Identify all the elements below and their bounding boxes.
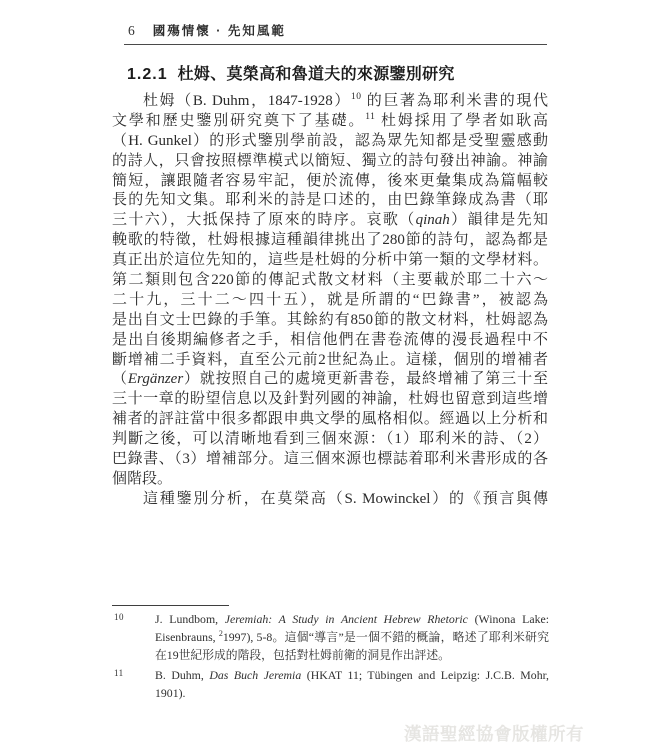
italic-title: Das Buch Jeremia xyxy=(209,668,301,682)
text-segment: （H. Gunkel）的形式鑒別學前設，認為眾先知都是受聖靈感動 xyxy=(112,133,548,149)
body-text-line: 杜姆（B. Duhm，1847-1928）10 的巨著為耶利米書的現代 xyxy=(112,92,548,112)
footnote-number: 11 xyxy=(114,664,124,682)
body-text-line: 斷增補二手資料，直至公元前2世紀為止。這樣，個別的增補者 xyxy=(112,351,548,371)
text-segment: 杜姆採用了學者如耿高 xyxy=(375,113,548,129)
body-text-line: 二十九，三十二～四十五），就是所謂的“巴錄書”，被認為 xyxy=(112,291,548,311)
body-text-line: 個階段。 xyxy=(112,470,548,490)
body-text-line: 是出自文士巴錄的手筆。其餘約有850節的散文材料，杜姆認為 xyxy=(112,311,548,331)
text-segment: 第二類則包含220節的傳記式散文材料（主要載於耶二十六～ xyxy=(112,272,548,288)
text-segment: B. Duhm, xyxy=(155,668,209,682)
header-divider xyxy=(124,44,547,45)
body-text-line: 第二類則包含220節的傳記式散文材料（主要載於耶二十六～ xyxy=(112,271,548,291)
body-text-line: （Ergänzer）就按照自己的處境更新書卷，最終增補了第三十至 xyxy=(112,370,548,390)
body-text-line: 的詩人，只會按照標準模式以簡短、獨立的詩句發出神諭。神諭 xyxy=(112,152,548,172)
body-text-line: 判斷之後，可以清晰地看到三個來源：（1）耶利米的詩、（2） xyxy=(112,430,548,450)
book-page: 6 國殤情懷 · 先知風範 1.2.1杜姆、莫榮高和魯道夫的來源鑒別研究 杜姆（… xyxy=(0,0,650,750)
body-text-line: 補者的評註當中很多都跟申典文學的風格相似。經過以上分析和 xyxy=(112,410,548,430)
text-segment: 輓歌的特徵，杜姆根據這種韻律挑出了280節的詩句，認為都是 xyxy=(112,232,548,248)
text-segment: 真正出於這位先知的，這些是杜姆的分析中第一類的文學材料。 xyxy=(112,252,548,268)
text-segment: 斷增補二手資料，直至公元前2世紀為止。這樣，個別的增補者 xyxy=(112,352,548,368)
running-header: 6 國殤情懷 · 先知風範 xyxy=(128,21,286,39)
text-segment: 個階段。 xyxy=(112,471,172,487)
body-text-line: 簡短，讓跟隨者容易牢記，便於流傳，後來更彙集成為篇幅較 xyxy=(112,172,548,192)
copyright-watermark: 漢語聖經協會版權所有 xyxy=(404,721,584,746)
body-text-line: 真正出於這位先知的，這些是杜姆的分析中第一類的文學材料。 xyxy=(112,251,548,271)
body-text: 杜姆（B. Duhm，1847-1928）10 的巨著為耶利米書的現代 文學和歷… xyxy=(112,92,548,510)
body-text-line: 長的先知文集。耶利米的詩是口述的，由巴錄筆錄成為書（耶 xyxy=(112,191,548,211)
footnote-10: 10J. Lundbom, Jeremiah: A Study in Ancie… xyxy=(112,610,549,665)
text-segment: 巴錄書、（3）增補部分。這三個來源也標誌着耶利米書形成的各 xyxy=(112,451,548,467)
body-text-line: 這種鑒別分析，在莫榮高（S. Mowinckel）的《預言與傳 xyxy=(112,490,548,510)
text-segment: J. Lundbom, xyxy=(155,612,225,626)
body-text-line: 輓歌的特徵，杜姆根據這種韻律挑出了280節的詩句，認為都是 xyxy=(112,231,548,251)
text-segment: 是出自後期編修者之手，相信他們在書卷流傳的漫長過程中不 xyxy=(112,332,548,348)
text-segment: 這種鑒別分析，在莫榮高（S. Mowinckel）的《預言與傳 xyxy=(143,491,548,507)
text-segment: 文學和歷史鑒別研究奠下了基礎。 xyxy=(112,113,365,129)
italic-term: Ergänzer xyxy=(128,371,183,387)
body-text-line: 三十六），大抵保持了原來的時序。哀歌（qinah）韻律是先知 xyxy=(112,211,548,231)
running-title: 國殤情懷 · 先知風範 xyxy=(153,21,286,39)
text-segment: ）韻律是先知 xyxy=(450,212,548,228)
body-text-line: 巴錄書、（3）增補部分。這三個來源也標誌着耶利米書形成的各 xyxy=(112,450,548,470)
body-text-line: （H. Gunkel）的形式鑒別學前設，認為眾先知都是受聖靈感動 xyxy=(112,132,548,152)
page-number: 6 xyxy=(128,23,135,39)
text-segment: （ xyxy=(112,371,128,387)
body-text-line: 三十一章的盼望信息以及針對列國的神諭，杜姆也留意到這些增 xyxy=(112,390,548,410)
footnote-11: 11B. Duhm, Das Buch Jeremia (HKAT 11; Tü… xyxy=(112,666,549,702)
footnotes: 10J. Lundbom, Jeremiah: A Study in Ancie… xyxy=(112,610,549,703)
text-segment: 的巨著為耶利米書的現代 xyxy=(361,93,548,109)
section-title: 杜姆、莫榮高和魯道夫的來源鑒別研究 xyxy=(178,66,455,83)
text-segment: 長的先知文集。耶利米的詩是口述的，由巴錄筆錄成為書（耶 xyxy=(112,192,548,208)
text-segment: 三十六），大抵保持了原來的時序。哀歌（ xyxy=(112,212,416,228)
text-segment: 判斷之後，可以清晰地看到三個來源：（1）耶利米的詩、（2） xyxy=(112,431,548,447)
section-heading: 1.2.1杜姆、莫榮高和魯道夫的來源鑒別研究 xyxy=(127,61,455,84)
text-segment: ）就按照自己的處境更新書卷，最終增補了第三十至 xyxy=(183,371,548,387)
text-segment: 是出自文士巴錄的手筆。其餘約有850節的散文材料，杜姆認為 xyxy=(112,312,548,328)
footnotes-divider xyxy=(112,605,229,606)
section-number: 1.2.1 xyxy=(127,66,168,83)
text-segment: 補者的評註當中很多都跟申典文學的風格相似。經過以上分析和 xyxy=(112,411,548,427)
text-segment: 二十九，三十二～四十五），就是所謂的“巴錄書”，被認為 xyxy=(112,292,548,308)
text-segment: 三十一章的盼望信息以及針對列國的神諭，杜姆也留意到這些增 xyxy=(112,391,548,407)
footnote-ref-10: 10 xyxy=(351,92,362,102)
footnote-ref-11: 11 xyxy=(365,112,375,122)
text-segment: 簡短，讓跟隨者容易牢記，便於流傳，後來更彙集成為篇幅較 xyxy=(112,173,548,189)
footnote-number: 10 xyxy=(114,608,124,626)
text-segment: 的詩人，只會按照標準模式以簡短、獨立的詩句發出神諭。神諭 xyxy=(112,153,548,169)
italic-title: Jeremiah: A Study in Ancient Hebrew Rhet… xyxy=(225,612,468,626)
body-text-line: 是出自後期編修者之手，相信他們在書卷流傳的漫長過程中不 xyxy=(112,331,548,351)
body-text-line: 文學和歷史鑒別研究奠下了基礎。11 杜姆採用了學者如耿高 xyxy=(112,112,548,132)
text-segment: 杜姆（B. Duhm，1847-1928） xyxy=(143,93,351,109)
italic-term: qinah xyxy=(416,212,450,228)
